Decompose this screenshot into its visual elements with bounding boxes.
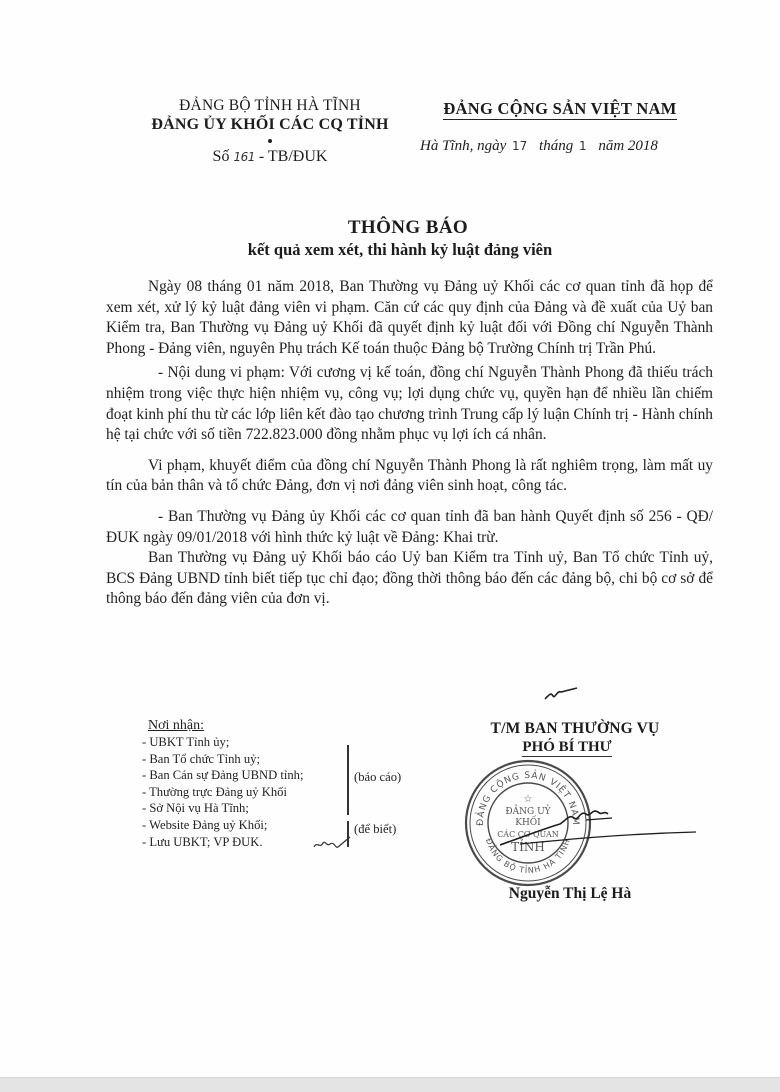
separator-dot [268,139,272,143]
date-line: Hà Tĩnh, ngày 17 tháng 1 năm 2018 [410,137,710,156]
date-month-handwritten: 1 [579,139,587,153]
document-page: ĐẢNG BỘ TỈNH HÀ TĨNH ĐẢNG ỦY KHỐI CÁC CQ… [0,0,780,1076]
recipients-block: Nơi nhận: - UBKT Tỉnh ủy; - Ban Tổ chức … [142,717,442,850]
signature-block: T/M BAN THƯỜNG VỤ PHÓ BÍ THƯ [450,719,700,757]
date-month-label: tháng [539,138,573,154]
date-day-handwritten: 17 [512,139,527,153]
end-flourish-icon [543,686,579,702]
org-line-1: ĐẢNG BỘ TỈNH HÀ TĨNH [120,96,420,115]
recipient-item: - Ban Tổ chức Tỉnh uỷ; [142,751,442,768]
recipient-item: - Thường trực Đảng uỷ Khối [142,784,442,801]
initials-flourish-icon [312,835,352,855]
party-name: ĐẢNG CỘNG SẢN VIỆT NAM [443,99,676,120]
body-paragraph-reporting: Ban Thường vụ Đảng uỷ Khối báo cáo Uỷ ba… [106,548,713,610]
body-paragraph-meeting: Ngày 08 tháng 01 năm 2018, Ban Thường vụ… [106,277,713,359]
recipient-item: - UBKT Tỉnh ủy; [142,734,442,751]
signer-position: PHÓ BÍ THƯ [522,738,611,757]
recipient-item: - Website Đảng uỷ Khối; [142,817,442,834]
report-bracket [347,745,349,815]
issuing-organization-block: ĐẢNG BỘ TỈNH HÀ TĨNH ĐẢNG ỦY KHỐI CÁC CQ… [120,96,420,167]
body-paragraph-decision: - Ban Thường vụ Đảng ủy Khối các cơ quan… [106,507,713,548]
body-paragraph-violation: - Nội dung vi phạm: Với cương vị kế toán… [106,363,713,445]
national-header-block: ĐẢNG CỘNG SẢN VIỆT NAM Hà Tĩnh, ngày 17 … [410,99,710,156]
title-block: THÔNG BÁO kết quả xem xét, thi hành kỷ l… [100,217,700,260]
document-body: Ngày 08 tháng 01 năm 2018, Ban Thường vụ… [106,277,713,610]
signer-name: Nguyễn Thị Lệ Hà [450,884,690,903]
bottom-bar [0,1077,780,1092]
document-subtitle: kết quả xem xét, thi hành kỷ luật đảng v… [100,239,700,260]
doc-number-prefix: Số [213,148,234,165]
doc-number-suffix: - TB/ĐUK [255,148,328,165]
date-year: năm 2018 [598,138,658,154]
document-title: THÔNG BÁO [100,217,700,239]
recipient-item: - Sở Nội vụ Hà Tĩnh; [142,800,442,817]
on-behalf-label: T/M BAN THƯỜNG VỤ [450,719,700,738]
document-number: Số 161 - TB/ĐUK [120,147,420,167]
recipients-list: - UBKT Tỉnh ủy; - Ban Tổ chức Tỉnh uỷ; -… [142,734,442,850]
note-report: (báo cáo) [354,769,401,786]
doc-number-handwritten: 161 [233,150,254,164]
org-line-2: ĐẢNG ỦY KHỐI CÁC CQ TỈNH [120,115,420,135]
recipients-title: Nơi nhận: [142,717,442,734]
date-place: Hà Tĩnh, ngày [420,138,506,154]
note-inform: (để biết) [354,821,396,838]
body-paragraph-severity: Vi phạm, khuyết điểm của đồng chí Nguyễn… [106,456,713,497]
handwritten-signature-icon [500,800,700,850]
recipient-item: - Lưu UBKT; VP ĐUK. [142,834,442,851]
